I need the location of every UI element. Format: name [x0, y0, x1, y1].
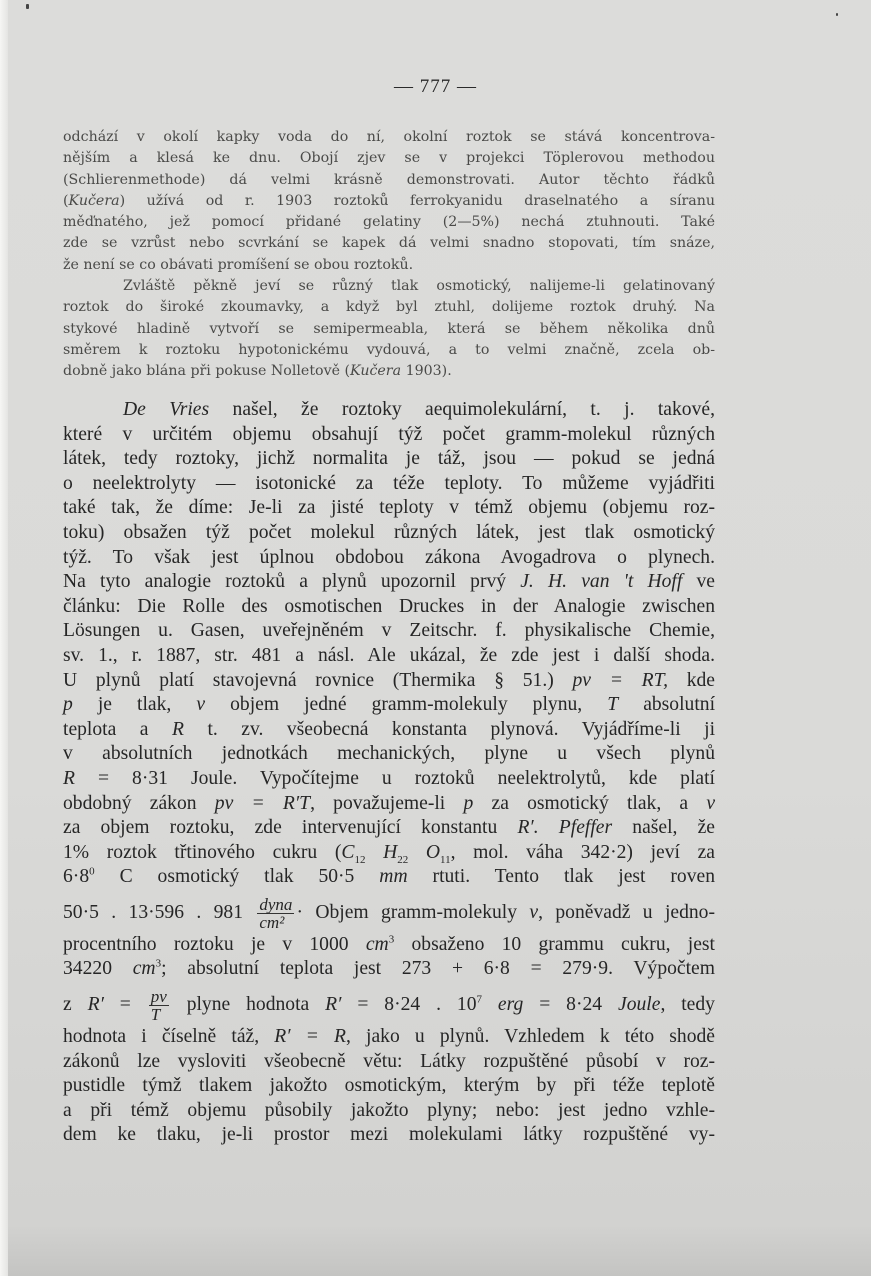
text-span: roztok třtinového cukru ( [107, 842, 342, 863]
text-span: U plynů platí stavojevná rovnice (Thermi… [63, 670, 554, 691]
text-span: 1% [63, 842, 89, 863]
text-span: kde [687, 670, 715, 691]
text-line: měďnatého, jež pomocí přidané gelatiny (… [63, 212, 715, 233]
unit: erg [498, 994, 523, 1015]
symbol: C [341, 842, 354, 863]
symbol: R [172, 719, 184, 740]
text-line: dem ke tlaku, je-li prostor mezi molekul… [63, 1123, 715, 1148]
author-name: De Vries [123, 399, 209, 420]
text-span: z [63, 994, 72, 1015]
text-line: R = 8·31 Joule. Vypočítejme u roztoků ne… [63, 767, 715, 792]
symbol: R′ [88, 994, 104, 1015]
text-line: procentního roztoku je v 1000 cm3 obsaže… [63, 933, 715, 958]
author-name: Pfeffer [559, 817, 612, 838]
symbol: v [196, 694, 205, 715]
text-line: odchází v okolí kapky voda do ní, okolní… [63, 127, 715, 148]
text-span: našel, že [632, 817, 715, 838]
symbol: p [63, 694, 73, 715]
numerator: dyna [257, 896, 294, 914]
text-span: ; absolutní teplota jest 273 + 6·8 = 279… [161, 958, 715, 979]
text-line: De Vries našel, že roztoky aequimolekulá… [63, 398, 715, 423]
symbol: T [607, 694, 618, 715]
text-span: Na tyto analogie roztoků a plynů upozorn… [63, 571, 506, 592]
text-line: 1% roztok třtinového cukru (C12 H22 O11,… [63, 841, 715, 866]
text-line: zákonů lze vysloviti všeobecně větu: Lát… [63, 1050, 715, 1075]
text-line: Lösungen u. Gasen, uveřejněném v Zeitsch… [63, 619, 715, 644]
text-span: · Objem gramm-molekuly [296, 902, 517, 923]
text-line: článku: Die Rolle des osmotischen Drucke… [63, 595, 715, 620]
text-span: 34220 [63, 958, 112, 979]
text-span: 50·5 . 13·596 . 981 [63, 902, 243, 923]
text-line: roztok do široké zkoumavky, a když byl z… [63, 297, 715, 318]
symbol: O [426, 842, 440, 863]
text-span: procentního roztoku je v 1000 [63, 934, 349, 955]
symbol: R [63, 768, 75, 789]
text-line: 6·80 C osmotický tlak 50·5 mm rtuti. Ten… [63, 865, 715, 890]
superscript: 3 [389, 933, 395, 945]
scanned-page: — 777 — odchází v okolí kapky voda do ní… [0, 0, 871, 1276]
text-line: o neelektrolyty — isotonické za téže tep… [63, 472, 715, 497]
text-span: = 8·24 . 10 [357, 994, 476, 1015]
text-line: 34220 cm3; absolutní teplota jest 273 + … [63, 957, 715, 982]
author-name: Kučera [350, 363, 401, 379]
text-line: zde se vzrůst nebo scvrkání se kapek dá … [63, 233, 715, 254]
unit: mm [379, 866, 407, 887]
text-span: obsaženo 10 grammu cukru, jest [411, 934, 715, 955]
text-span: , jako u plynů. Vzhledem k této shodě [346, 1026, 715, 1047]
subscript: 11 [440, 854, 451, 866]
symbol: H [383, 842, 397, 863]
subscript: 22 [397, 854, 408, 866]
scan-speck [836, 13, 838, 16]
text-block-2: De Vries našel, že roztoky aequimolekulá… [63, 398, 715, 1148]
text-line: pustidle týmž tlakem jakožto osmotickým,… [63, 1074, 715, 1099]
text-line: v absolutních jednotkách mechanických, p… [63, 742, 715, 767]
text-line: nějším a klesá ke dnu. Obojí zjev se v p… [63, 148, 715, 169]
text-span: rtuti. Tento tlak jest roven [433, 866, 715, 887]
denominator: cm² [257, 914, 294, 931]
text-span: hodnota i číselně táž, [63, 1026, 259, 1047]
text-line: dobně jako blána při pokuse Nolletově (K… [63, 361, 715, 382]
text-line: (Kučera) užívá od r. 1903 roztoků ferrok… [63, 191, 715, 212]
text-span: našel, že roztoky aequimolekulární, t. j… [233, 399, 715, 420]
text-span: = 8·24 [539, 994, 602, 1015]
text-line: teplota a R t. zv. všeobecná konstanta p… [63, 718, 715, 743]
text-line: obdobný zákon pv = R′T, považujeme-li p … [63, 792, 715, 817]
text-span: C osmotický tlak 50·5 [120, 866, 355, 887]
text-span: t. zv. všeobecná konstanta plynová. Vyjá… [207, 719, 715, 740]
text-line: z R′ = pvT plyne hodnota R′ = 8·24 . 107… [63, 982, 715, 1025]
page-left-edge [0, 0, 8, 1276]
text-span: objem jedné gramm-molekuly plynu, [230, 694, 582, 715]
scan-speck [26, 4, 29, 9]
text-span: 6·8 [63, 866, 89, 887]
fraction: pvT [149, 988, 169, 1023]
text-span: , považujeme-li [310, 793, 445, 814]
numerator: pv [149, 988, 169, 1006]
text-span: za objem roztoku, zde intervenující kons… [63, 817, 497, 838]
equation: R′ = R [274, 1026, 346, 1047]
text-line: a při témž objemu působily jakožto plyny… [63, 1099, 715, 1124]
text-line: sv. 1., r. 1887, str. 481 a násl. Ale uk… [63, 644, 715, 669]
text-line: Na tyto analogie roztoků a plynů upozorn… [63, 570, 715, 595]
text-span: za osmotický tlak, a [492, 793, 689, 814]
equation: pv = R′T [215, 793, 310, 814]
unit: cm [366, 934, 389, 955]
text-span: , mol. váha 342·2) jeví za [451, 842, 715, 863]
text-span: teplota a [63, 719, 149, 740]
text-span: je tlak, [98, 694, 171, 715]
text-span: absolutní [643, 694, 715, 715]
superscript: 0 [89, 866, 95, 878]
text-line: také tak, že díme: Je-li za jisté teplot… [63, 496, 715, 521]
text-line: p je tlak, v objem jedné gramm-molekuly … [63, 693, 715, 718]
subscript: 12 [354, 854, 365, 866]
text-line: že není se co obávati promíšení se obou … [63, 255, 715, 276]
text-span: = 8·31 Joule. Vypočítejme u roztoků neel… [98, 768, 715, 789]
text-line: látek, tedy roztoky, jichž normalita je … [63, 447, 715, 472]
author-name: J. H. van 't Hoff [520, 571, 682, 592]
unit: Joule [618, 994, 660, 1015]
symbol: R′. [517, 817, 538, 838]
superscript: 7 [477, 994, 483, 1006]
text-line: stykové hladině vytvoří se semipermeabla… [63, 319, 715, 340]
symbol: p [463, 793, 473, 814]
text-span: , tedy [660, 994, 715, 1015]
text-span: obdobný zákon [63, 793, 197, 814]
text-line: které v určitém objemu obsahují týž poče… [63, 423, 715, 448]
text-span: plyne hodnota [187, 994, 310, 1015]
text-line: týž. To však jest úplnou obdobou zákona … [63, 546, 715, 571]
text-span: , poněvadž u jedno- [538, 902, 715, 923]
author-name: Kučera [69, 193, 120, 209]
denominator: T [149, 1006, 169, 1023]
text-line: 50·5 . 13·596 . 981 dynacm²· Objem gramm… [63, 890, 715, 933]
symbol: v [706, 793, 715, 814]
citation-year: 1903 [406, 363, 442, 379]
text-line: směrem k roztoku hypotonickému vydouvá, … [63, 340, 715, 361]
equation: pv = RT, [572, 670, 667, 691]
fraction: dynacm² [257, 896, 294, 931]
page-number: — 777 — [0, 76, 871, 98]
text-line: (Schlierenmethode) dá velmi krásně demon… [63, 170, 715, 191]
text-line: toku) obsažen týž počet molekul různých … [63, 521, 715, 546]
text-line: U plynů platí stavojevná rovnice (Thermi… [63, 669, 715, 694]
text-line: Zvláště pěkně jeví se různý tlak osmotic… [63, 276, 715, 297]
symbol: R′ [325, 994, 341, 1015]
unit: cm [133, 958, 156, 979]
text-block-1: odchází v okolí kapky voda do ní, okolní… [63, 127, 715, 383]
text-span: ve [696, 571, 715, 592]
text-line: hodnota i číselně táž, R′ = R, jako u pl… [63, 1025, 715, 1050]
text-line: za objem roztoku, zde intervenující kons… [63, 816, 715, 841]
symbol: v [529, 902, 538, 923]
